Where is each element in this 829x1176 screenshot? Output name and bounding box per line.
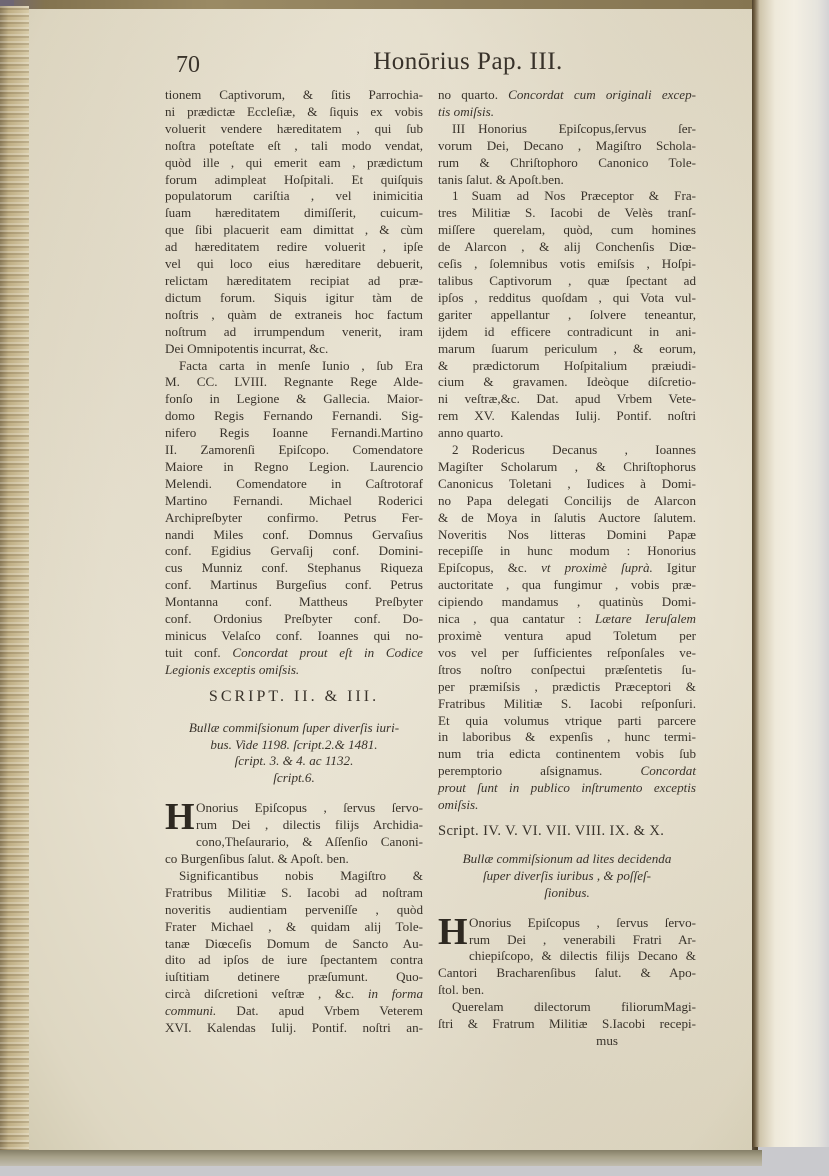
drop-cap-letter: H — [438, 916, 465, 949]
text-line: de Alarcon , & alij Conchenſis Diœ- — [438, 239, 696, 256]
text-line: miſſere querelam, quòd, cum homines — [438, 222, 696, 239]
text-line: Canonicus Toletani , Iudices à Domi- — [438, 476, 696, 493]
text-line: III Honorius Epiſcopus,ſervus ſer- — [438, 121, 696, 138]
text-line: rum & Chriſtophoro Canonico Tole- — [438, 155, 696, 172]
text-line: cium & gravamen. Ideòque diſcretio- — [438, 374, 696, 391]
book-bottom-edge — [0, 1150, 762, 1166]
text-line: omiſsis. — [438, 797, 696, 814]
text-line: Fratribus Militiæ S. Iacobi ad noſtram — [165, 885, 423, 902]
text-line: conf. Ordonius Preſbyter conf. Do- — [165, 611, 423, 628]
text-line: Facta carta in menſe Iunio , ſub Era — [165, 358, 423, 375]
text-line: forum adimpleat Hoſpitali. Et quiſquis — [165, 172, 423, 189]
text-line: ſcript.6. — [165, 770, 423, 787]
text-line: ſtol. ben. — [438, 982, 696, 999]
text-line: cus Munniz conf. Stephanus Riqueza — [165, 560, 423, 577]
text-line: Onorius Epiſcopus , ſervus ſervo- — [438, 915, 696, 932]
text-line: rem XV. Kalendas Iulij. Pontif. noſtri — [438, 408, 696, 425]
text-line: noſtris , quàm de extraneis hoc factum — [165, 307, 423, 324]
text-line: ni prædictæ Eccleſiæ, & ſiquis ex vobis — [165, 104, 423, 121]
text-line: per præmiſsis , prædictis Præceptori & — [438, 679, 696, 696]
text-line: nandi Miles conf. Domnus Gervaſius — [165, 527, 423, 544]
text-line: anno quarto. — [438, 425, 696, 442]
text-line: vorum Dei, Decano , Magiſtro Schola- — [438, 138, 696, 155]
text-line: conf. Egidius Gervaſij conf. Domini- — [165, 543, 423, 560]
text-line: Bullæ commiſsionum ſuper diverſis iuri- — [165, 720, 423, 737]
text-line: cono,Theſaurario, & Aſſenſio Canoni- — [165, 834, 423, 851]
text-line: bus. Vide 1198. ſcript.2.& 1481. — [165, 737, 423, 754]
text-line: communi. Dat. apud Vrbem Veterem — [165, 1003, 423, 1020]
text-line: Melendi. Comendatore in Caſtrotoraf — [165, 476, 423, 493]
text-line: tuit conf. Concordat prout eſt in Codice — [165, 645, 423, 662]
text-line: ſtri & Fratrum Militiæ S.Iacobi recepi- — [438, 1016, 696, 1033]
text-line: & de Moya in ſalutis Auctore ſalutem. — [438, 510, 696, 527]
text-line: Magiſter Scholarum , & Chriſtophorus — [438, 459, 696, 476]
text-line: voluerit vendere hæreditatem , qui ſub — [165, 121, 423, 138]
bull-salutation-paragraph: HOnorius Epiſcopus , ſervus ſervo-rum De… — [438, 915, 696, 1000]
text-line: Maiore in Regno Legion. Laurencio — [165, 459, 423, 476]
left-column: tionem Captivorum, & ſitis Parrochia-ni … — [165, 87, 423, 1050]
text-line: gariter appellantur , ſolvere teneantur, — [438, 307, 696, 324]
text-line: populatorum cariſtia , vel inimicitia — [165, 188, 423, 205]
text-line: Bullæ commiſsionum ad lites decidenda — [438, 851, 696, 868]
text-line: & prædictorum Hoſpitalium præiudi- — [438, 358, 696, 375]
text-line: Et quia volumus vtrique parti parcere — [438, 713, 696, 730]
text-line: noſtra poteſtate eſt , tali modo vendat, — [165, 138, 423, 155]
text-line: XVI. Kalendas Iulij. Pontif. noſtri an- — [165, 1020, 423, 1037]
script-list-heading: Script. IV. V. VI. VII. VIII. IX. & X. — [438, 823, 696, 840]
text-line: Noveritis Nos litteras Domini Papæ — [438, 527, 696, 544]
text-line: auctoritate , qua fungimur , vobis præ- — [438, 577, 696, 594]
text-line: proximè ventura apud Toletum per — [438, 628, 696, 645]
drop-cap-letter: H — [165, 801, 192, 834]
charter-dating-paragraph: Facta carta in menſe Iunio , ſub EraM. C… — [165, 358, 423, 679]
adjacent-page-edge — [752, 0, 829, 1147]
text-line: Querelam dilectorum filiorumMagi- — [438, 999, 696, 1016]
text-line: ijdem id efficere contradicunt in ani- — [438, 324, 696, 341]
text-line: num tria edicta continentem vobis ſub — [438, 746, 696, 763]
text-line: dito ad ipſos de iure ſpectantem contra — [165, 952, 423, 969]
text-line: Frater Michael , & quidam alij Tole- — [165, 919, 423, 936]
continuation-paragraph: tionem Captivorum, & ſitis Parrochia-ni … — [165, 87, 423, 358]
text-line: tanis ſalut. & Apoſt.ben. — [438, 172, 696, 189]
text-line: nica , qua cantatur : Lætare Ieruſalem — [438, 611, 696, 628]
numbered-paragraph-1: 1 Suam ad Nos Præceptor & Fra-tres Milit… — [438, 188, 696, 442]
text-line: nifero Regis Ioanne Fernandi.Martino — [165, 425, 423, 442]
text-line: peremptorio aſsignamus. Concordat — [438, 763, 696, 780]
numbered-paragraph-2: 2 Rodericus Decanus , IoannesMagiſter Sc… — [438, 442, 696, 814]
text-line: Epiſcopus, &c. vt proximè ſuprà. Igitur — [438, 560, 696, 577]
text-line: Onorius Epiſcopus , ſervus ſervo- — [165, 800, 423, 817]
text-line: tres Militiæ S. Iacobi de Velès tranſ- — [438, 205, 696, 222]
text-line: minicus Velaſco conf. Ioannes qui no- — [165, 628, 423, 645]
text-line: Montanna conf. Mattheus Preſbyter — [165, 594, 423, 611]
section-heading: SCRIPT. II. & III. — [165, 689, 423, 706]
text-line: talibus Captivorum , quæ ſpectant ad — [438, 273, 696, 290]
text-line: no Papa delegati Concilijs de Alarcon — [438, 493, 696, 510]
text-line: 2 Rodericus Decanus , Ioannes — [438, 442, 696, 459]
text-line: Fratribus Militiæ S. Iacobi reſponſuri. — [438, 696, 696, 713]
text-line: ſuper diverſis iuribus , & poſſeſ- — [438, 868, 696, 885]
text-line: recepiſſe in hunc modum : Honorius — [438, 543, 696, 560]
text-line: Legionis exceptis omiſsis. — [165, 662, 423, 679]
text-line: dictum forum. Siquis igitur tàm de — [165, 290, 423, 307]
text-line: ceſis , ſolemnibus votis emiſsis , Hoſpi… — [438, 256, 696, 273]
text-line: vel qui loco eius hæreditare debuerit, — [165, 256, 423, 273]
text-line: M. CC. LVIII. Regnante Rege Alde- — [165, 374, 423, 391]
text-line: Martino Fernandi. Michael Roderici — [165, 493, 423, 510]
text-area: tionem Captivorum, & ſitis Parrochia-ni … — [165, 87, 696, 1050]
bull-iii-paragraph: III Honorius Epiſcopus,ſervus ſer-vorum … — [438, 121, 696, 189]
text-line: ad hæreditatem redire voluerit , ipſe — [165, 239, 423, 256]
text-line: mus — [438, 1033, 696, 1050]
text-line: tis omiſsis. — [438, 104, 696, 121]
text-line: conf. Martinus Burgeſius conf. Petrus — [165, 577, 423, 594]
text-line: ipſos , redditus quoſdam , qui Vota vul- — [438, 290, 696, 307]
page-number: 70 — [176, 52, 200, 79]
text-line: Cantori Bracharenſibus ſalut. & Apo- — [438, 965, 696, 982]
text-line: Significantibus nobis Magiſtro & — [165, 868, 423, 885]
text-line: co Burgenſibus ſalut. & Apoſt. ben. — [165, 851, 423, 868]
bull-salutation-paragraph: HOnorius Epiſcopus , ſervus ſervo-rum De… — [165, 800, 423, 868]
text-line: iuſtitiam detinere præſumunt. Quo- — [165, 969, 423, 986]
text-line: ſtros noſtro conſpectui præſentetis ſu- — [438, 662, 696, 679]
text-line: ſcript. 3. & 4. ac 1132. — [165, 753, 423, 770]
bull-body-paragraph: Significantibus nobis Magiſtro &Fratribu… — [165, 868, 423, 1037]
book-top-edge — [0, 0, 752, 9]
text-line: chiepiſcopo, & dilectis filijs Decano & — [438, 948, 696, 965]
bull-body-paragraph: Querelam dilectorum filiorumMagi-ſtri & … — [438, 999, 696, 1050]
text-line: noveritis audientiam perveniſſe , quòd — [165, 902, 423, 919]
text-line: tanæ Diœceſis Domum de Sancto Au- — [165, 936, 423, 953]
right-column: no quarto. Concordat cum originali excep… — [438, 87, 696, 1050]
cross-reference-note: Bullæ commiſsionum ad lites decidendaſup… — [438, 851, 696, 902]
text-line: quòd ille , qui emerit eam , prædictum — [165, 155, 423, 172]
text-line: in laboribus & expenſis , hunc termi- — [438, 729, 696, 746]
book-scan-photo: 70 Honōrius Pap. III. tionem Captivorum,… — [0, 0, 829, 1176]
running-header-title: Honōrius Pap. III. — [348, 48, 588, 76]
text-line: 1 Suam ad Nos Præceptor & Fra- — [438, 188, 696, 205]
text-line: SCRIPT. II. & III. — [165, 689, 423, 706]
text-line: cipiendo mandamus , quatinùs Domi- — [438, 594, 696, 611]
continuation-paragraph: no quarto. Concordat cum originali excep… — [438, 87, 696, 121]
text-line: que ſibi placuerit eam dimittat , & cùm — [165, 222, 423, 239]
text-line: Archipreſbyter confirmo. Petrus Fer- — [165, 510, 423, 527]
text-line: circà diſcretioni veſtræ , &c. in forma — [165, 986, 423, 1003]
text-line: Dei Omnipotentis incurrat, &c. — [165, 341, 423, 358]
text-line: marum ſuarum periculum , & eorum, — [438, 341, 696, 358]
text-line: II. Zamorenſi Epiſcopo. Comendatore — [165, 442, 423, 459]
text-line: ſuam hæreditatem dimiſſerit, cuicum- — [165, 205, 423, 222]
text-line: tionem Captivorum, & ſitis Parrochia- — [165, 87, 423, 104]
text-line: ſionibus. — [438, 885, 696, 902]
text-line: vos vel per ſufficientes reſponſales ve- — [438, 645, 696, 662]
text-line: fonſo in Legione & Gallecia. Maior- — [165, 391, 423, 408]
text-line: noſtrum ad irrumpendum venerit, iram — [165, 324, 423, 341]
text-line: rum Dei , venerabili Fratri Ar- — [438, 932, 696, 949]
cross-reference-note: Bullæ commiſsionum ſuper diverſis iuri-b… — [165, 720, 423, 788]
text-line: prout ſunt in publico inſtrumento except… — [438, 780, 696, 797]
text-line: no quarto. Concordat cum originali excep… — [438, 87, 696, 104]
text-line: rum Dei , dilectis filijs Archidia- — [165, 817, 423, 834]
text-line: relictam hæreditatem recipiat ad præ- — [165, 273, 423, 290]
text-line: Script. IV. V. VI. VII. VIII. IX. & X. — [438, 823, 696, 840]
text-line: domo Regis Fernando Fernandi. Sig- — [165, 408, 423, 425]
text-line: ni veſtræ,&c. Dat. apud Vrbem Vete- — [438, 391, 696, 408]
book-fore-edge — [0, 6, 29, 1164]
